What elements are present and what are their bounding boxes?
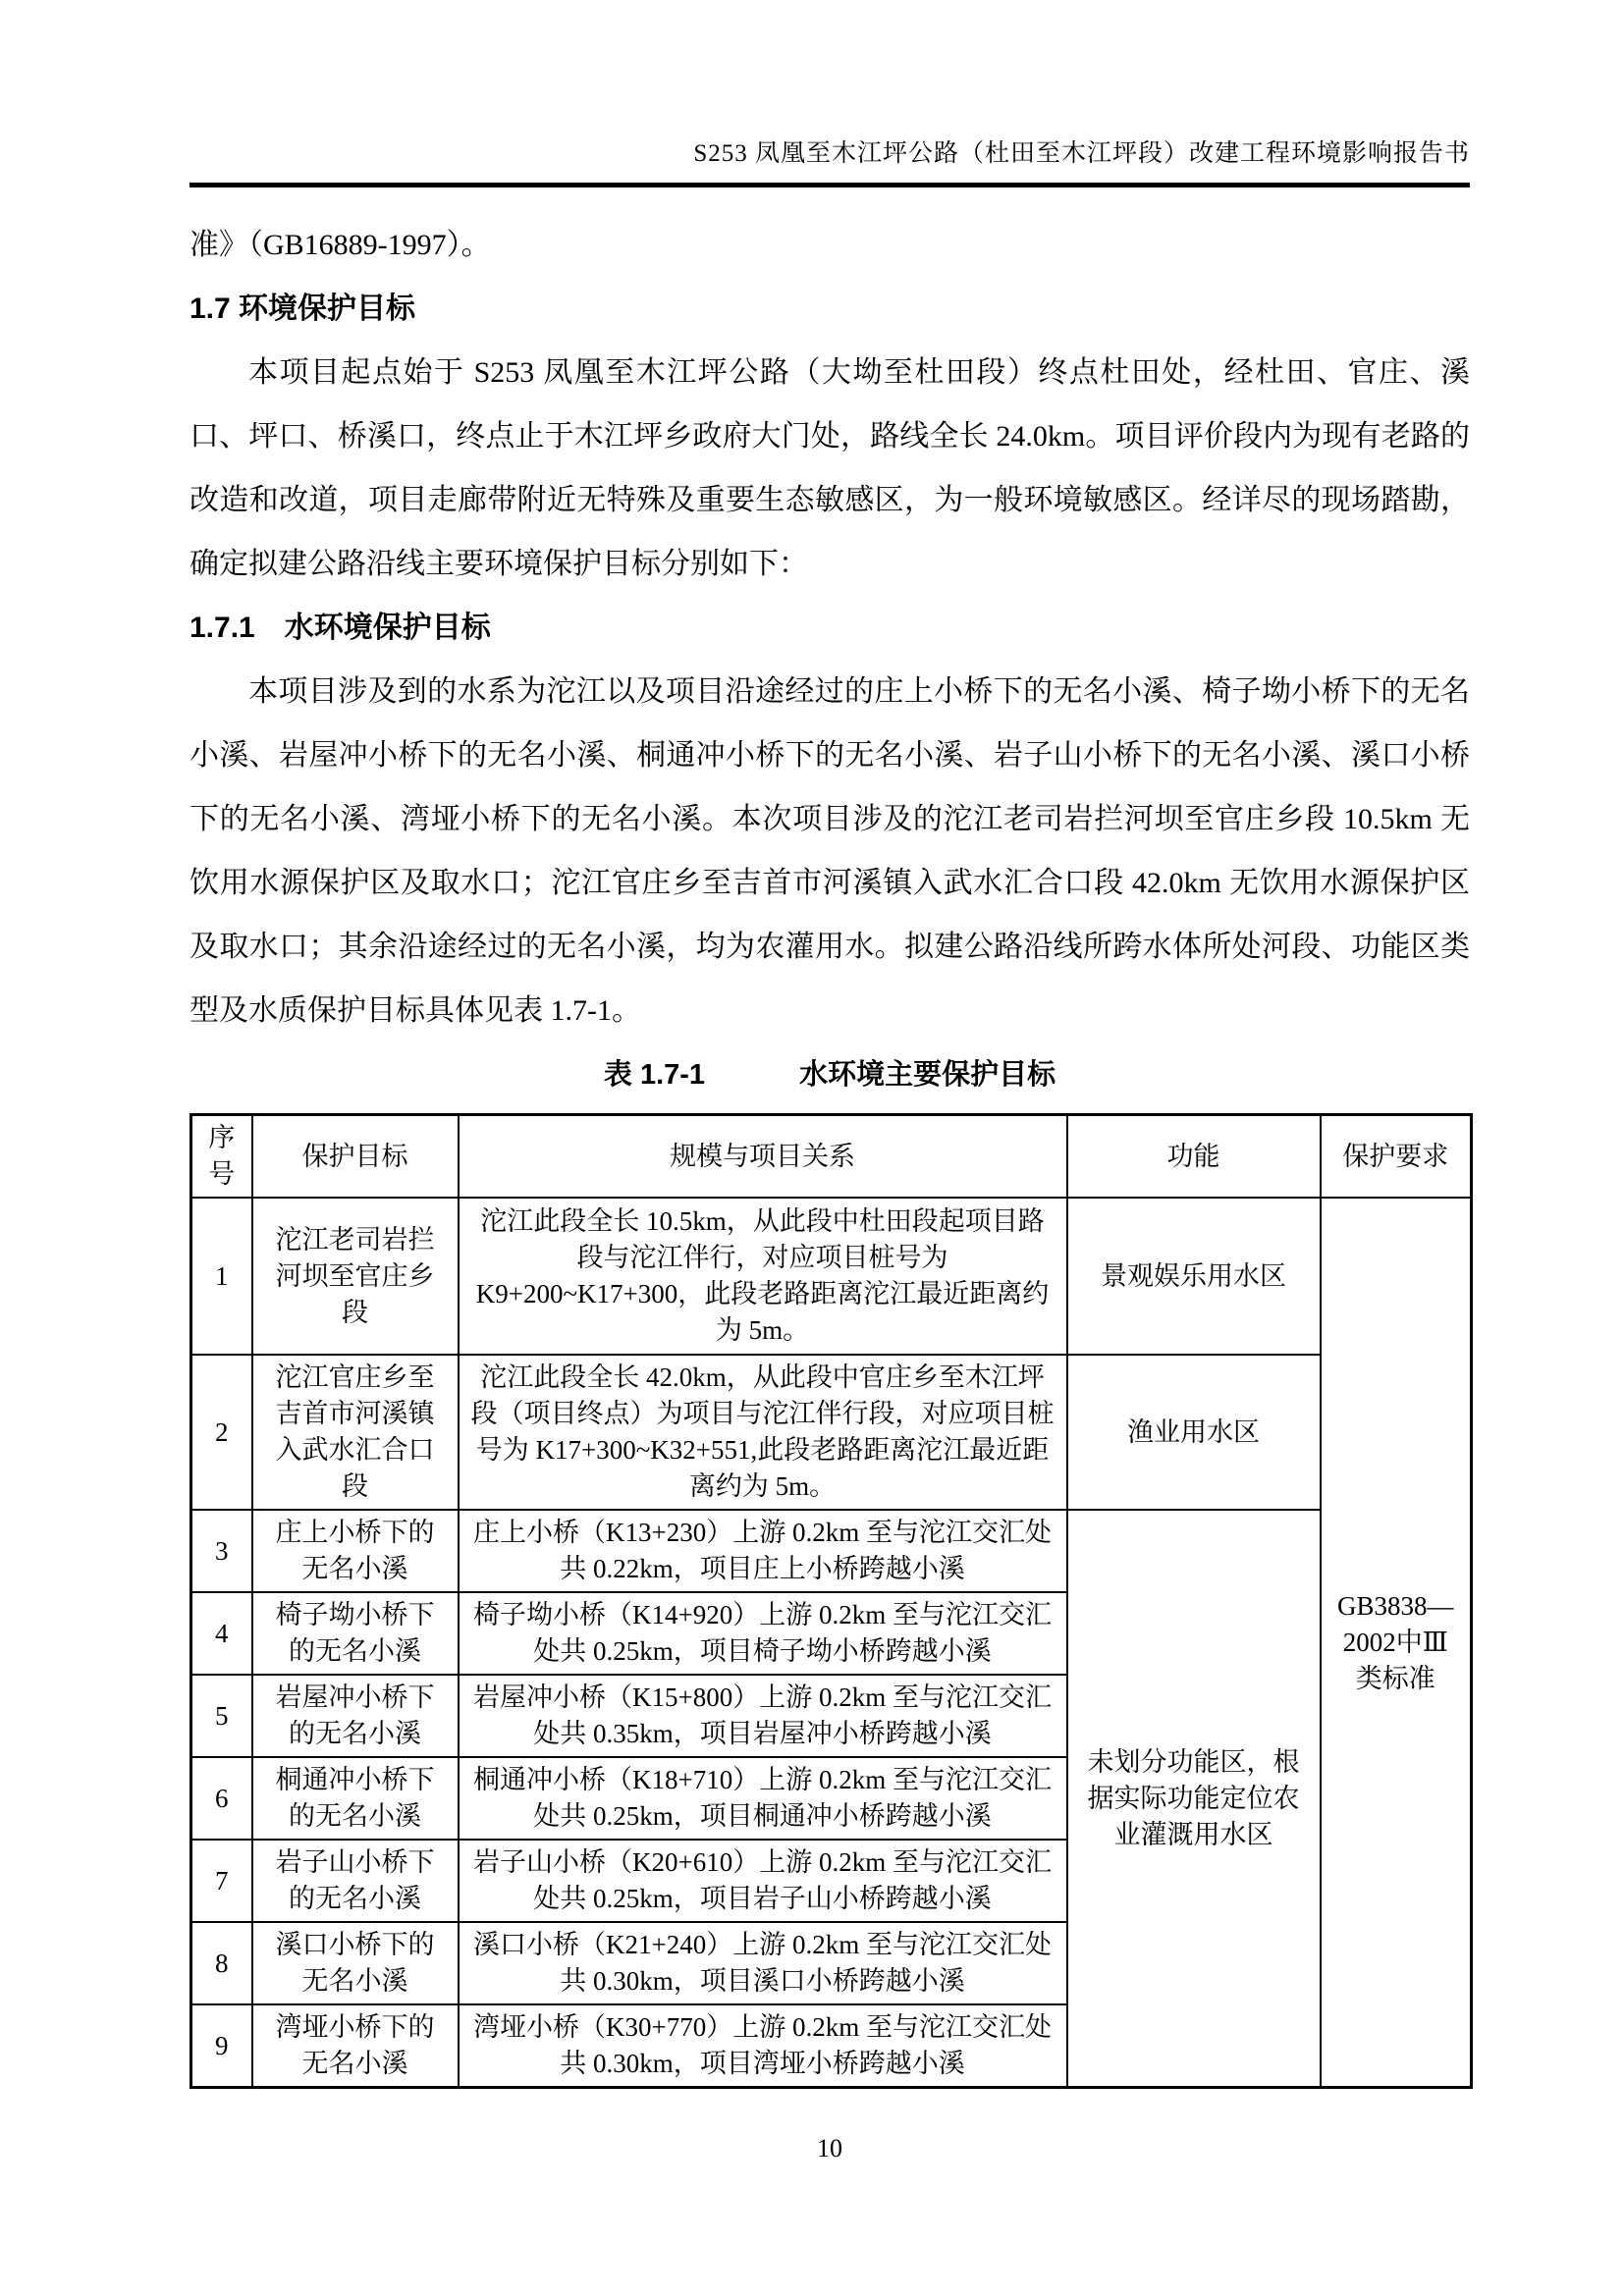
header-cell-function: 功能 [1067, 1115, 1321, 1199]
table-row: 3庄上小桥下的无名小溪庄上小桥（K13+230）上游 0.2km 至与沱江交汇处… [191, 1510, 1472, 1592]
section-heading-1-7-1: 1.7.1 水环境保护目标 [189, 596, 1470, 660]
scale-relation-cell: 桐通冲小桥（K18+710）上游 0.2km 至与沱江交汇处共 0.25km，项… [459, 1757, 1067, 1840]
section-heading-1-7: 1.7 环境保护目标 [189, 277, 1470, 341]
running-header: S253 凤凰至木江坪公路（杜田至木江坪段）改建工程环境影响报告书 [189, 0, 1470, 171]
table-row: 2沱江官庄乡至吉首市河溪镇入武水汇合口段沱江此段全长 42.0km，从此段中官庄… [191, 1355, 1472, 1510]
protection-target-cell: 沱江官庄乡至吉首市河溪镇入武水汇合口段 [252, 1355, 459, 1510]
row-number-cell: 6 [191, 1757, 252, 1840]
document-page: S253 凤凰至木江坪公路（杜田至木江坪段）改建工程环境影响报告书 准》（GB1… [0, 0, 1624, 2296]
protection-target-cell: 沱江老司岩拦河坝至官庄乡段 [252, 1198, 459, 1355]
protection-requirement-cell: GB3838—2002中Ⅲ类标准 [1321, 1198, 1472, 2088]
header-cell-relation: 规模与项目关系 [459, 1115, 1067, 1199]
scale-relation-cell: 岩子山小桥（K20+610）上游 0.2km 至与沱江交汇处共 0.25km，项… [459, 1840, 1067, 1922]
row-number-cell: 2 [191, 1355, 252, 1510]
header-cell-target: 保护目标 [252, 1115, 459, 1199]
page-number: 10 [189, 2134, 1470, 2163]
scale-relation-cell: 湾垭小桥（K30+770）上游 0.2km 至与沱江交汇处共 0.30km，项目… [459, 2004, 1067, 2088]
function-cell: 景观娱乐用水区 [1067, 1198, 1321, 1355]
section-1-7-paragraph: 本项目起点始于 S253 凤凰至木江坪公路（大坳至杜田段）终点杜田处，经杜田、官… [189, 341, 1470, 596]
scale-relation-cell: 沱江此段全长 10.5km，从此段中杜田段起项目路段与沱江伴行，对应项目桩号为K… [459, 1198, 1067, 1355]
scale-relation-cell: 沱江此段全长 42.0km，从此段中官庄乡至木江坪段（项目终点）为项目与沱江伴行… [459, 1355, 1067, 1510]
row-number-cell: 5 [191, 1675, 252, 1757]
protection-target-cell: 溪口小桥下的无名小溪 [252, 1922, 459, 2004]
table-caption: 表 1.7-1水环境主要保护目标 [189, 1050, 1470, 1099]
row-number-cell: 9 [191, 2004, 252, 2088]
header-cell-requirement: 保护要求 [1321, 1115, 1472, 1199]
scale-relation-cell: 椅子坳小桥（K14+920）上游 0.2km 至与沱江交汇处共 0.25km，项… [459, 1592, 1067, 1675]
protection-target-cell: 庄上小桥下的无名小溪 [252, 1510, 459, 1592]
row-number-cell: 1 [191, 1198, 252, 1355]
water-protection-targets-table: 序号 保护目标 规模与项目关系 功能 保护要求 1沱江老司岩拦河坝至官庄乡段沱江… [189, 1113, 1473, 2089]
table-header-row: 序号 保护目标 规模与项目关系 功能 保护要求 [191, 1115, 1472, 1199]
header-cell-no: 序号 [191, 1115, 252, 1199]
protection-target-cell: 椅子坳小桥下的无名小溪 [252, 1592, 459, 1675]
table-caption-title: 水环境主要保护目标 [799, 1059, 1056, 1091]
scale-relation-cell: 溪口小桥（K21+240）上游 0.2km 至与沱江交汇处共 0.30km，项目… [459, 1922, 1067, 2004]
body-text: 准》（GB16889-1997）。 1.7 环境保护目标 本项目起点始于 S25… [189, 213, 1470, 1042]
row-number-cell: 8 [191, 1922, 252, 2004]
row-number-cell: 4 [191, 1592, 252, 1675]
row-number-cell: 7 [191, 1840, 252, 1922]
table-caption-label: 表 1.7-1 [604, 1059, 705, 1091]
header-rule [189, 183, 1470, 187]
scale-relation-cell: 庄上小桥（K13+230）上游 0.2km 至与沱江交汇处共 0.22km，项目… [459, 1510, 1067, 1592]
table-row: 1沱江老司岩拦河坝至官庄乡段沱江此段全长 10.5km，从此段中杜田段起项目路段… [191, 1198, 1472, 1355]
protection-target-cell: 岩子山小桥下的无名小溪 [252, 1840, 459, 1922]
protection-target-cell: 岩屋冲小桥下的无名小溪 [252, 1675, 459, 1757]
protection-target-cell: 湾垭小桥下的无名小溪 [252, 2004, 459, 2088]
scale-relation-cell: 岩屋冲小桥（K15+800）上游 0.2km 至与沱江交汇处共 0.35km，项… [459, 1675, 1067, 1757]
function-cell: 未划分功能区，根据实际功能定位农业灌溉用水区 [1067, 1510, 1321, 2088]
row-number-cell: 3 [191, 1510, 252, 1592]
function-cell: 渔业用水区 [1067, 1355, 1321, 1510]
section-1-7-1-paragraph: 本项目涉及到的水系为沱江以及项目沿途经过的庄上小桥下的无名小溪、椅子坳小桥下的无… [189, 660, 1470, 1042]
protection-target-cell: 桐通冲小桥下的无名小溪 [252, 1757, 459, 1840]
continuation-line: 准》（GB16889-1997）。 [189, 213, 1470, 277]
